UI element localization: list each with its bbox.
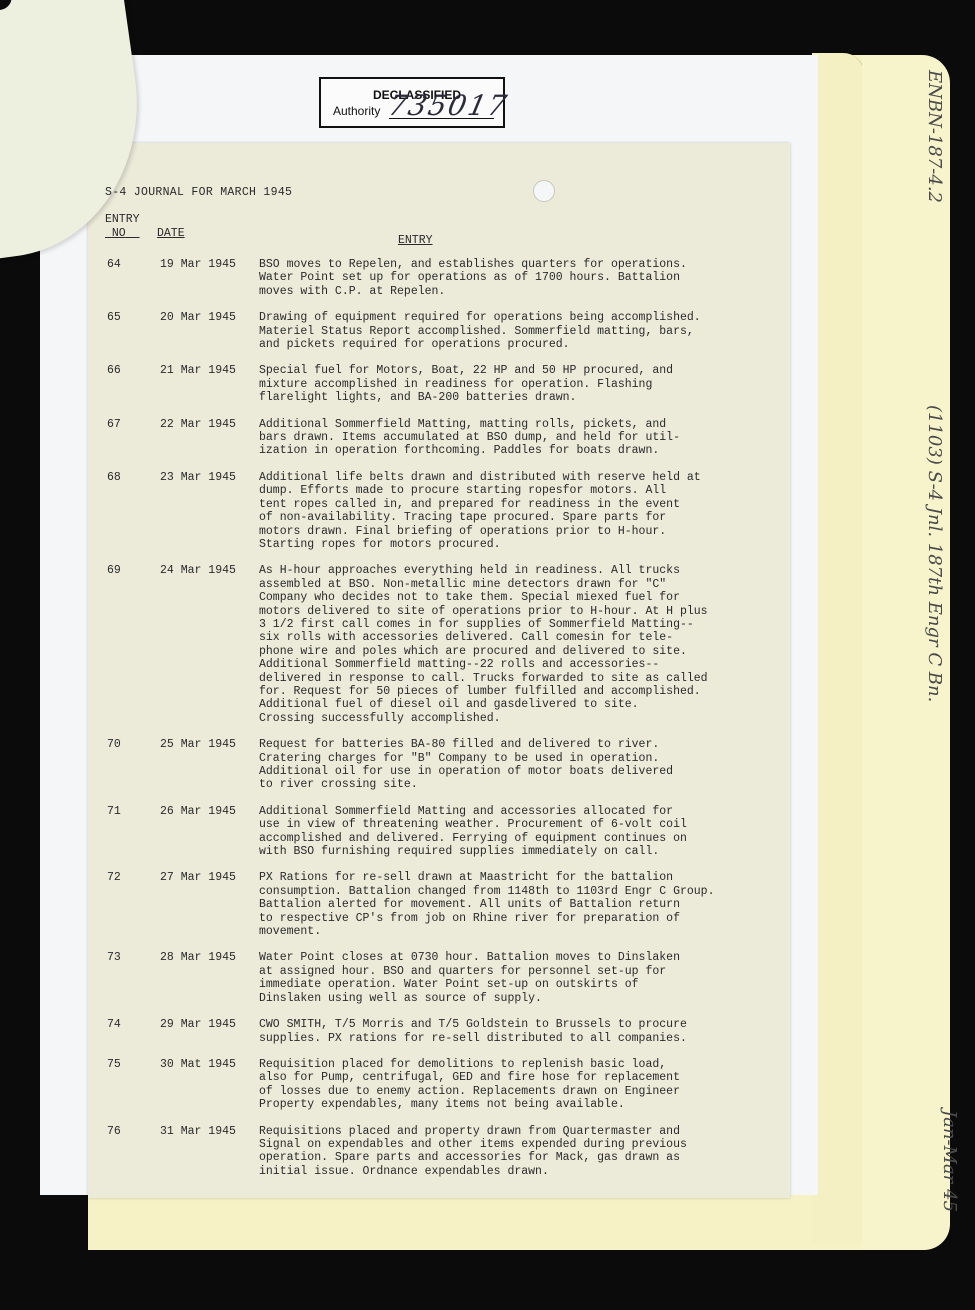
journal-title: S-4 JOURNAL FOR MARCH 1945 — [105, 186, 292, 199]
entry-text: Requisition placed for demolitions to re… — [259, 1058, 785, 1112]
entry-number: 73 — [107, 951, 121, 964]
header-entry: ENTRY — [398, 234, 433, 247]
entry-number: 74 — [107, 1018, 121, 1031]
entry-date: 20 Mar 1945 — [160, 311, 236, 324]
journal-entry: 6924 Mar 1945As H-hour approaches everyt… — [105, 564, 785, 725]
entry-date: 25 Mar 1945 — [160, 738, 236, 751]
folder-label-title: (1103) S-4 Jnl. 187th Engr C Bn. — [924, 405, 945, 702]
entry-text: Drawing of equipment required for operat… — [259, 311, 785, 351]
entry-number: 65 — [107, 311, 121, 324]
entry-number: 76 — [107, 1125, 121, 1138]
entry-date: 28 Mar 1945 — [160, 951, 236, 964]
folder-tab — [812, 53, 865, 1243]
entry-text: BSO moves to Repelen, and establishes qu… — [259, 258, 785, 298]
header-entry-line1: ENTRY — [105, 213, 140, 226]
entry-number: 72 — [107, 871, 121, 884]
entry-date: 27 Mar 1945 — [160, 871, 236, 884]
entry-number: 68 — [107, 471, 121, 484]
entry-date: 24 Mar 1945 — [160, 564, 236, 577]
entry-date: 21 Mar 1945 — [160, 364, 236, 377]
entry-text: Water Point closes at 0730 hour. Battali… — [259, 951, 785, 1005]
entry-number: 69 — [107, 564, 121, 577]
journal-entry: 7227 Mar 1945PX Rations for re-sell draw… — [105, 871, 785, 938]
entry-text: As H-hour approaches everything held in … — [259, 564, 785, 725]
punch-hole — [0, 0, 13, 11]
journal-entry: 6621 Mar 1945Special fuel for Motors, Bo… — [105, 364, 785, 404]
header-entry-no: NO — [105, 227, 140, 240]
journal-entry: 6419 Mar 1945BSO moves to Repelen, and e… — [105, 258, 785, 298]
journal-entry: 6722 Mar 1945Additional Sommerfield Matt… — [105, 418, 785, 458]
declassified-stamp: DECLASSIFIED Authority 735017 — [319, 77, 505, 128]
entry-text: Additional Sommerfield Matting, matting … — [259, 418, 785, 458]
entry-text: PX Rations for re-sell drawn at Maastric… — [259, 871, 785, 938]
journal-entry: 7126 Mar 1945Additional Sommerfield Matt… — [105, 805, 785, 859]
entry-date: 19 Mar 1945 — [160, 258, 236, 271]
punch-hole — [533, 180, 555, 202]
entry-text: Request for batteries BA-80 filled and d… — [259, 738, 785, 792]
entry-date: 29 Mar 1945 — [160, 1018, 236, 1031]
entry-date: 22 Mar 1945 — [160, 418, 236, 431]
journal-entry: 6823 Mar 1945Additional life belts drawn… — [105, 471, 785, 551]
entry-text: Additional Sommerfield Matting and acces… — [259, 805, 785, 859]
journal-entry: 7328 Mar 1945Water Point closes at 0730 … — [105, 951, 785, 1005]
entry-text: Requisitions placed and property drawn f… — [259, 1125, 785, 1179]
entry-date: 26 Mar 1945 — [160, 805, 236, 818]
entry-number: 71 — [107, 805, 121, 818]
journal-entry: 7530 Mat 1945Requisition placed for demo… — [105, 1058, 785, 1112]
header-date: DATE — [157, 227, 185, 240]
folder-label-dates: Jan-Mar 45 — [939, 1110, 960, 1212]
entry-date: 30 Mat 1945 — [160, 1058, 236, 1071]
entry-date: 31 Mar 1945 — [160, 1125, 236, 1138]
journal-entry: 7429 Mar 1945CWO SMITH, T/5 Morris and T… — [105, 1018, 785, 1045]
folder-label-file-number: ENBN-187-4.2 — [924, 70, 945, 203]
entry-number: 75 — [107, 1058, 121, 1071]
stamp-authority-label: Authority — [333, 104, 380, 118]
journal-entries: 6419 Mar 1945BSO moves to Repelen, and e… — [105, 258, 785, 1191]
journal-entry: 7025 Mar 1945Request for batteries BA-80… — [105, 738, 785, 792]
entry-text: Special fuel for Motors, Boat, 22 HP and… — [259, 364, 785, 404]
entry-date: 23 Mar 1945 — [160, 471, 236, 484]
entry-number: 70 — [107, 738, 121, 751]
entry-text: Additional life belts drawn and distribu… — [259, 471, 785, 551]
journal-entry: 6520 Mar 1945Drawing of equipment requir… — [105, 311, 785, 351]
entry-number: 64 — [107, 258, 121, 271]
entry-number: 67 — [107, 418, 121, 431]
stamp-signature-line — [389, 118, 494, 119]
entry-text: CWO SMITH, T/5 Morris and T/5 Goldstein … — [259, 1018, 785, 1045]
entry-number: 66 — [107, 364, 121, 377]
journal-entry: 7631 Mar 1945Requisitions placed and pro… — [105, 1125, 785, 1179]
